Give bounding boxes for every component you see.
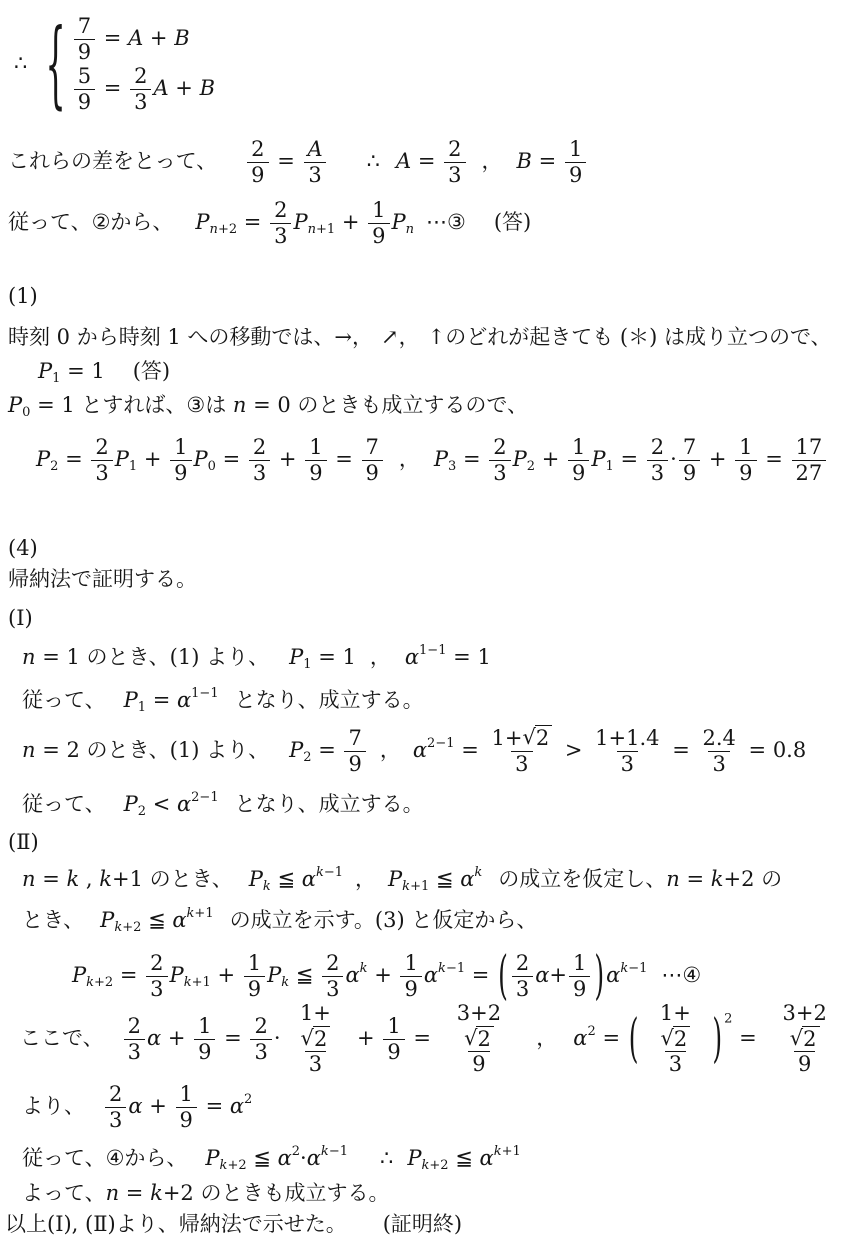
fraction: 23	[647, 435, 668, 486]
spacer	[385, 460, 399, 461]
fraction: 3+2√29	[440, 1001, 519, 1077]
case1-n1-conclusion-line: 従って、P1 = α1−1となり、成立する。	[0, 684, 846, 718]
text-run: =	[329, 447, 360, 472]
math-variable: P	[194, 447, 208, 472]
solution-document: ∴{79 = A + B59 = 23A + Bこれらの差をとって、29 = A…	[0, 0, 846, 1240]
text-run: 3	[253, 461, 266, 485]
subscript: 0	[208, 461, 216, 474]
text-run: 2	[527, 460, 535, 475]
text-run: 2	[536, 726, 549, 750]
superscript: k	[474, 866, 482, 879]
math-variable: P	[249, 867, 263, 892]
text-run: 9	[366, 461, 379, 485]
fraction: 19	[244, 951, 265, 1002]
text-run: 2	[128, 1014, 141, 1038]
text-run: =	[456, 447, 487, 472]
text-run: 2−1	[427, 736, 454, 751]
math-variable: P	[289, 645, 303, 670]
spacer	[269, 658, 289, 659]
numerator: 7	[362, 435, 383, 460]
math-variable: k	[150, 1181, 163, 1206]
numerator: 1+√2	[642, 1001, 708, 1052]
text-run: ·	[274, 1026, 281, 1051]
text-run: +	[549, 963, 567, 988]
fraction: 79	[344, 726, 365, 777]
text-run: 9	[683, 461, 696, 485]
math-variable: P	[36, 447, 50, 472]
math-variable: n	[22, 738, 36, 763]
denominator: 3	[91, 460, 112, 486]
math-variable: P	[8, 393, 22, 418]
text-run: 9	[174, 461, 187, 485]
text-run: (答)	[494, 210, 531, 235]
fraction: 23	[250, 1014, 271, 1065]
math-variable: k	[99, 867, 112, 892]
spacer	[104, 1039, 122, 1040]
denominator: 9	[794, 1051, 815, 1077]
math-variable: α	[128, 1094, 142, 1119]
text-run: ⋯③	[426, 210, 466, 235]
math-variable: k	[114, 921, 122, 936]
fraction: 79	[74, 14, 95, 65]
text-run: (4)	[8, 536, 38, 561]
text-run: +1 のとき、	[112, 867, 233, 892]
numerator: A	[304, 137, 327, 162]
math-variable: A	[128, 26, 143, 51]
fraction: 19	[176, 1082, 197, 1133]
text-run: =	[614, 447, 645, 472]
subscript: 0	[22, 407, 30, 420]
math-variable: k	[360, 961, 368, 976]
numerator: 1	[568, 435, 589, 460]
denominator: 9	[170, 460, 191, 486]
math-variable: P	[293, 210, 307, 235]
square-root: √2	[522, 726, 552, 750]
text-run: 9	[348, 752, 361, 776]
math-variable: P	[289, 738, 303, 763]
text-run: 2	[274, 198, 287, 222]
denominator: 3	[444, 162, 465, 188]
superscript: k−1	[438, 962, 465, 975]
fraction: 23	[489, 435, 510, 486]
text-run: +	[702, 447, 733, 472]
text-run: 1	[52, 372, 60, 387]
text-run: +	[143, 26, 174, 51]
text-run: 3	[326, 977, 339, 1001]
spacer	[503, 162, 517, 163]
spacer	[557, 1039, 573, 1040]
denominator: 9	[368, 223, 389, 249]
numerator: 1	[194, 1014, 215, 1039]
denominator: 3	[647, 460, 668, 486]
superscript: k−1	[321, 1145, 348, 1158]
system-equations: 79 = A + B59 = 23A + B	[72, 15, 215, 113]
numerator: 1+√2	[283, 1001, 349, 1052]
text-run: 2	[50, 460, 58, 475]
denominator: 9	[74, 89, 95, 115]
spacer	[106, 701, 124, 702]
text-run: 2	[251, 137, 264, 161]
text-run: 1+	[300, 1001, 331, 1025]
fraction: 1727	[792, 435, 827, 486]
text-run: =	[199, 1094, 230, 1119]
spacer	[373, 338, 381, 339]
text-run: =	[666, 738, 697, 763]
text-run: +	[169, 76, 200, 101]
text-run: 3	[651, 461, 664, 485]
subscript: 2	[527, 461, 535, 474]
numerator: 1	[400, 951, 421, 976]
subscript: n+2	[210, 224, 238, 237]
numerator: 1	[565, 137, 586, 162]
math-variable: k	[474, 865, 482, 880]
math-variable: P	[513, 447, 527, 472]
text-run: ここで、	[20, 1026, 104, 1051]
math-variable: P	[434, 447, 448, 472]
text-run: 2.4	[702, 726, 735, 750]
text-run: 1+1.4	[595, 726, 659, 750]
text-run: (Ⅱ)	[8, 830, 39, 855]
fraction: 1+1.43	[591, 726, 663, 777]
math-variable: α	[278, 1146, 292, 1171]
text-run: 3	[621, 752, 634, 776]
spacer	[233, 880, 249, 881]
spacer	[214, 921, 230, 922]
text-run: = 1 とすれば、③は	[30, 393, 232, 418]
text-run: より、	[22, 1094, 85, 1119]
text-run: 1	[573, 951, 586, 975]
math-variable: k	[66, 867, 79, 892]
text-run: 2	[134, 64, 147, 88]
text-run: 3	[515, 752, 528, 776]
big-left-paren: (	[629, 1008, 639, 1071]
text-run: 1	[569, 137, 582, 161]
part1-intro-line: 時刻 0 から時刻 1 への移動では、→，↗，↑のどれが起きても (＊) は成り…	[0, 324, 846, 352]
text-run: =	[532, 149, 563, 174]
math-variable: n	[406, 223, 414, 238]
text-run: +2 のときも成立する。	[163, 1181, 390, 1206]
denominator: 3	[511, 751, 532, 777]
text-run: 3	[254, 1040, 267, 1064]
math-variable: P	[115, 447, 129, 472]
math-variable: P	[195, 210, 209, 235]
text-run: +2	[94, 976, 113, 991]
denominator: 3	[665, 1051, 686, 1077]
text-run: 9	[372, 224, 385, 248]
denominator: 9	[305, 460, 326, 486]
spacer	[393, 1159, 407, 1160]
radicand: 2	[476, 1026, 493, 1052]
subscript: 2	[303, 752, 311, 765]
p0-assumption-line: P0 = 1 とすれば、③は n = 0 のときも成立するので、	[0, 392, 846, 420]
square-root: √2	[790, 1027, 820, 1051]
text-run: ，	[355, 867, 376, 892]
big-left-paren: (	[498, 945, 508, 1008]
text-run: ·	[300, 1146, 307, 1171]
text-run: の成立を仮定し、	[498, 867, 666, 892]
math-variable: n	[233, 393, 247, 418]
spacer	[187, 1159, 205, 1160]
part-1-heading: (1)	[0, 283, 846, 311]
text-run: 3	[448, 460, 456, 475]
text-run: (1)	[8, 284, 38, 309]
text-run: +1	[502, 1144, 521, 1159]
text-run: 9	[569, 163, 582, 187]
math-variable: P	[205, 1146, 219, 1171]
equation-row: 79 = A + B	[72, 15, 215, 63]
text-run: =	[407, 1026, 438, 1051]
text-run: +	[350, 1026, 381, 1051]
spacer	[106, 805, 124, 806]
math-variable: n	[22, 645, 36, 670]
numerator: 1	[383, 1014, 404, 1039]
text-run: ⋯④	[661, 963, 701, 988]
text-run: 1+	[660, 1001, 691, 1025]
denominator: 9	[565, 162, 586, 188]
text-run: 1	[303, 658, 311, 673]
spacer	[414, 223, 426, 224]
text-run: 1	[248, 951, 261, 975]
text-run: 2	[651, 435, 664, 459]
text-run: +1	[192, 976, 211, 991]
denominator: 3	[489, 460, 510, 486]
text-run: とき、	[22, 908, 84, 933]
text-run: 9	[251, 163, 264, 187]
subscript: 2	[50, 461, 58, 474]
fraction: 2.43	[698, 726, 739, 777]
text-run: 7	[683, 435, 696, 459]
text-run: 2	[448, 137, 461, 161]
text-run: 9	[573, 977, 586, 1001]
text-run: 以上(Ⅰ), (Ⅱ)より、帰納法で示せた。	[5, 1212, 347, 1237]
fraction: 19	[194, 1014, 215, 1065]
text-run: 2	[95, 435, 108, 459]
text-run: 3	[493, 461, 506, 485]
text-run: 従って、	[22, 792, 106, 817]
text-run: +	[335, 210, 366, 235]
denominator: 9	[568, 460, 589, 486]
text-run: 1+	[491, 726, 522, 750]
math-variable: A	[308, 137, 323, 161]
radicand: 2	[802, 1026, 819, 1052]
math-variable: k	[316, 865, 324, 880]
text-run: =	[119, 1181, 150, 1206]
text-run: 1	[404, 951, 417, 975]
fraction: 23	[91, 435, 112, 486]
fraction: 19	[368, 198, 389, 249]
superscript: k+1	[494, 1145, 521, 1158]
denominator: 9	[468, 1051, 489, 1077]
fraction: 79	[362, 435, 383, 486]
math-variable: A	[153, 76, 168, 101]
text-run: =	[680, 867, 711, 892]
subscript: 1	[129, 461, 137, 474]
part-4-heading: (4)	[0, 535, 846, 563]
numerator: 2	[130, 64, 151, 89]
denominator: 3	[512, 976, 533, 1002]
difference-step-line: これらの差をとって、29 = A3∴A = 23，B = 19	[0, 134, 846, 190]
math-variable: α	[172, 908, 186, 933]
text-run: ≦	[271, 867, 302, 892]
superscript: 2	[724, 1013, 732, 1026]
text-run: +2	[122, 921, 141, 936]
math-variable: k	[422, 1159, 430, 1174]
math-variable: B	[174, 26, 189, 51]
fraction: 19	[735, 435, 756, 486]
spacer	[217, 162, 245, 163]
numerator: 2	[146, 951, 167, 976]
fraction: 59	[74, 64, 95, 115]
math-variable: α	[424, 963, 438, 988]
text-run: ·	[670, 447, 677, 472]
fraction: 23	[322, 951, 343, 1002]
radicand: 2	[313, 1026, 330, 1052]
spacer	[647, 976, 661, 977]
therefore-symbol: ∴	[14, 51, 27, 76]
text-run: 従って、④から、	[22, 1146, 187, 1171]
math-variable: α	[230, 1094, 244, 1119]
text-run: 2	[254, 1014, 267, 1038]
text-run: 1	[572, 435, 585, 459]
numerator: 1	[305, 435, 326, 460]
text-run: 9	[180, 1108, 193, 1132]
text-run: 3	[516, 977, 529, 1001]
spacer	[173, 223, 195, 224]
spacer	[401, 751, 413, 752]
math-variable: k	[86, 976, 94, 991]
text-run: 9	[472, 1052, 485, 1076]
case1-n1-line: n = 1 のとき、(1) より、P1 = 1，α1−1 = 1	[0, 641, 846, 675]
text-run: 2	[516, 951, 529, 975]
superscript: 1−1	[191, 687, 218, 700]
denominator: 9	[244, 976, 265, 1002]
fraction: 19	[400, 951, 421, 1002]
subscript: 1	[52, 373, 60, 386]
text-run: ，	[536, 1026, 557, 1051]
denominator: 9	[679, 460, 700, 486]
p1-answer-line: P1 = 1(答)	[0, 358, 846, 386]
system-equations-block: ∴{79 = A + B59 = 23A + B	[0, 16, 846, 112]
text-run: +	[211, 963, 242, 988]
math-variable: k	[438, 961, 446, 976]
text-run: =	[113, 963, 144, 988]
numerator: 2	[105, 1082, 126, 1107]
text-run: =	[36, 867, 67, 892]
text-run: 3	[109, 1108, 122, 1132]
text-run: 1−1	[419, 643, 446, 658]
text-run: +1	[194, 906, 213, 921]
denominator: 27	[792, 460, 827, 486]
text-run: 7	[348, 726, 361, 750]
numerator: 7	[74, 14, 95, 39]
text-run: 3	[128, 1040, 141, 1064]
numerator: 7	[344, 726, 365, 751]
denominator: 3	[305, 1051, 326, 1077]
text-run: =	[312, 738, 343, 763]
superscript: k+1	[187, 907, 214, 920]
numerator: 17	[792, 435, 827, 460]
math-variable: α	[177, 688, 191, 713]
fraction: 23	[146, 951, 167, 1002]
text-run: 3	[669, 1052, 682, 1076]
text-run: 9	[309, 461, 322, 485]
spacer	[356, 658, 370, 659]
final-inequality-line: 従って、④から、Pk+2 ≦ α2·αk−1∴Pk+2 ≦ αk+1	[0, 1141, 846, 1177]
text-run: 2	[587, 1024, 595, 1039]
spacer	[468, 162, 482, 163]
text-run: 従って、②から、	[8, 210, 173, 235]
numerator: 2	[91, 435, 112, 460]
text-run: = 2 のとき、(1) より、	[36, 738, 270, 763]
numerator: 2	[444, 137, 465, 162]
case1-n2-line: n = 2 のとき、(1) より、P2 = 79，α2−1 = 1+√23 > …	[0, 723, 846, 779]
spacer	[380, 162, 396, 163]
math-variable: α	[573, 1026, 587, 1051]
text-run: ∴	[380, 1146, 393, 1171]
text-run: 従って、	[22, 688, 106, 713]
text-run: 1	[739, 435, 752, 459]
spacer	[85, 1107, 103, 1108]
radical-sign: √	[522, 725, 535, 750]
denominator: 3	[250, 1039, 271, 1065]
text-run: +	[368, 963, 399, 988]
text-run: ∴	[367, 149, 380, 174]
numerator: 2	[322, 951, 343, 976]
text-run: 0	[22, 406, 30, 421]
text-run: +2	[218, 223, 237, 238]
proof-conclusion-line: 以上(Ⅰ), (Ⅱ)より、帰納法で示せた。(証明終)	[0, 1210, 846, 1240]
text-run: 帰納法で証明する。	[8, 567, 197, 592]
fraction: 1+√23	[283, 1001, 349, 1077]
square-root: √2	[464, 1027, 494, 1051]
alpha-equality-line: より、23α + 19 = α2	[0, 1081, 846, 1133]
text-run: 2	[138, 805, 146, 820]
spacer	[482, 880, 498, 881]
equation-row: 59 = 23A + B	[72, 65, 215, 113]
superscript: 1−1	[419, 644, 446, 657]
spacer	[391, 658, 405, 659]
text-run: 9	[387, 1040, 400, 1064]
spacer	[219, 805, 235, 806]
radicand: 2	[535, 725, 552, 751]
text-run: ≦	[289, 963, 320, 988]
text-run: =	[146, 688, 177, 713]
math-variable: α	[480, 1146, 494, 1171]
fraction: 23	[512, 951, 533, 1002]
text-run: 3	[712, 752, 725, 776]
text-run: =	[58, 447, 89, 472]
text-run: +	[143, 1094, 174, 1119]
text-run: +	[161, 1026, 192, 1051]
text-run: 7	[366, 435, 379, 459]
math-variable: B	[200, 76, 215, 101]
induction-declaration-line: 帰納法で証明する。	[0, 566, 846, 594]
subscript: 3	[448, 461, 456, 474]
denominator: 9	[362, 460, 383, 486]
text-run: となり、成立する。	[235, 792, 424, 817]
subscript: n+1	[308, 224, 336, 237]
induction-hypothesis-line-2: とき、Pk+2 ≦ αk+1の成立を示す。(3) と仮定から、	[0, 903, 846, 939]
denominator: 9	[383, 1039, 404, 1065]
subscript: k	[281, 977, 289, 990]
case-II-heading: (Ⅱ)	[0, 829, 846, 857]
text-run: =	[596, 1026, 627, 1051]
spacer	[329, 162, 367, 163]
text-run: 2	[244, 1092, 252, 1107]
text-run: 1	[180, 1082, 193, 1106]
fraction: 79	[679, 435, 700, 486]
text-run: −1	[446, 961, 465, 976]
